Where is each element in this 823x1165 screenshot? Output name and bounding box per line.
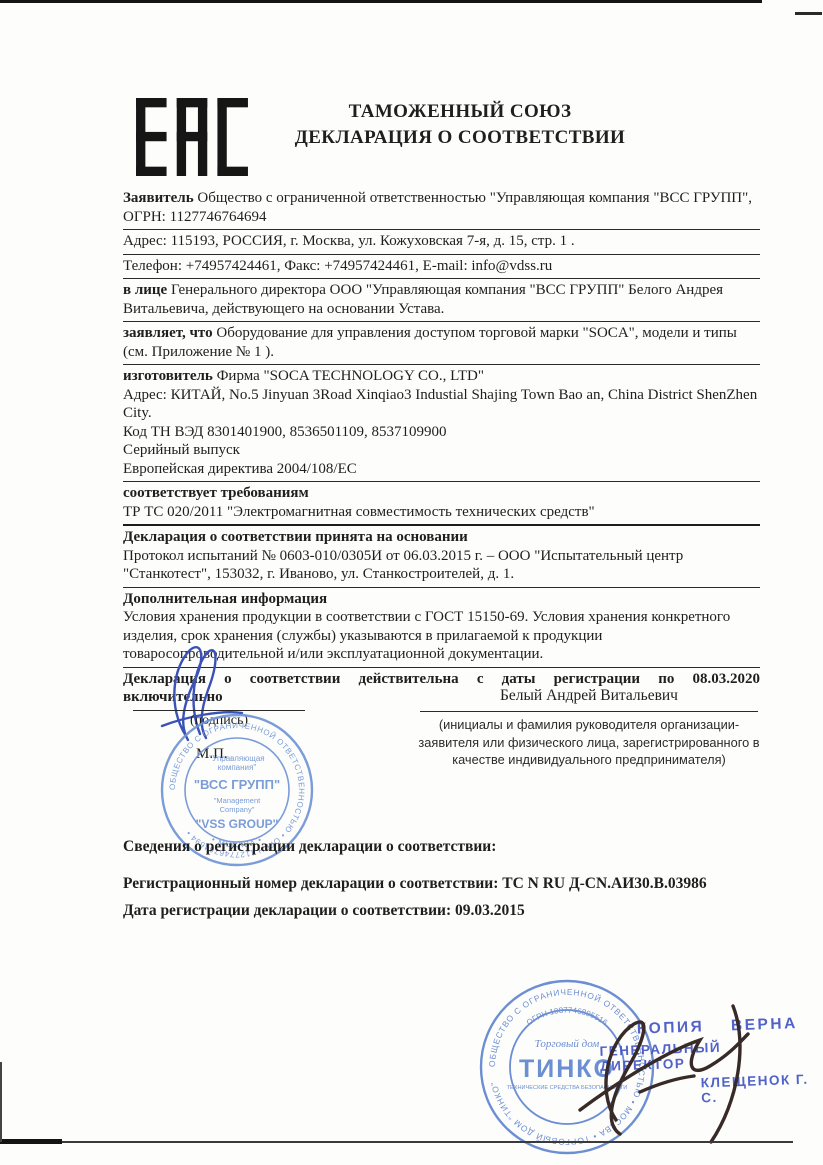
head-name: Белый Андрей Витальевич xyxy=(420,687,758,705)
in-person-label: в лице xyxy=(123,282,167,298)
registration-number-line: Регистрационный номер декларации о соотв… xyxy=(123,875,707,893)
bottom-border-line xyxy=(0,1141,793,1143)
applicant-text: Общество с ограниченной ответственностью… xyxy=(123,190,752,225)
conforms-text: ТР ТС 020/2011 "Электромагнитная совмест… xyxy=(123,503,760,522)
in-person-text: Генерального директора ООО "Управляющая … xyxy=(123,282,723,317)
declares-text: Оборудование для управления доступом тор… xyxy=(123,325,737,360)
top-border-line xyxy=(0,0,762,3)
declaration-fields: Заявитель Общество с ограниченной ответс… xyxy=(123,187,760,710)
left-edge-line xyxy=(0,1062,2,1142)
director-signature xyxy=(548,992,798,1147)
head-caption-line3: качестве индивидуального предпринимателя… xyxy=(398,751,780,769)
field-in-person: в лице Генерального директора ООО "Управ… xyxy=(123,279,760,322)
doc-title-line2: ДЕКЛАРАЦИЯ О СООТВЕТСТВИИ xyxy=(245,125,675,151)
head-name-line xyxy=(420,711,758,712)
manufacturer-text: Фирма "SOCA TECHNOLOGY CO., LTD" xyxy=(217,368,484,384)
field-applicant: Заявитель Общество с ограниченной ответс… xyxy=(123,187,760,230)
registration-info-heading: Сведения о регистрации декларации о соот… xyxy=(123,838,496,856)
additional-label: Дополнительная информация xyxy=(123,590,760,609)
manufacturer-label: изготовитель xyxy=(123,368,213,384)
field-phone: Телефон: +74957424461, Факс: +7495742446… xyxy=(123,255,760,280)
svg-text:"Управляющая: "Управляющая xyxy=(209,754,264,763)
head-caption-line2: заявителя или физического лица, зарегист… xyxy=(398,734,780,752)
basis-label: Декларация о соответствии принята на осн… xyxy=(123,528,760,547)
serial-line: Серийный выпуск xyxy=(123,441,760,460)
basis-text: Протокол испытаний № 0603-010/0305И от 0… xyxy=(123,547,760,584)
manufacturer-address: Адрес: КИТАЙ, No.5 Jinyuan 3Road Xinqiao… xyxy=(123,386,760,423)
svg-text:Company": Company" xyxy=(220,805,255,814)
field-basis: Декларация о соответствии принята на осн… xyxy=(123,526,760,588)
declares-label: заявляет, что xyxy=(123,325,213,341)
doc-title-line1: ТАМОЖЕННЫЙ СОЮЗ xyxy=(245,99,675,125)
conforms-label: соответствует требованиям xyxy=(123,484,760,503)
field-declares: заявляет, что Оборудование для управлени… xyxy=(123,322,760,365)
svg-text:"ВСС ГРУПП": "ВСС ГРУПП" xyxy=(194,777,280,792)
svg-text:"Management: "Management xyxy=(214,796,261,805)
manufacturer-line: изготовитель Фирма "SOCA TECHNOLOGY CO.,… xyxy=(123,367,760,386)
phone-text: Телефон: +74957424461, Факс: +7495742446… xyxy=(123,258,552,274)
eac-logo: EAC xyxy=(136,98,248,176)
head-caption-line1: (инициалы и фамилия руководителя организ… xyxy=(398,716,780,734)
svg-text:"VSS GROUP": "VSS GROUP" xyxy=(196,817,279,831)
bottom-left-thick-line xyxy=(0,1139,62,1144)
document-page: EAC ТАМОЖЕННЫЙ СОЮЗ ДЕКЛАРАЦИЯ О СООТВЕТ… xyxy=(0,0,823,1165)
applicant-label: Заявитель xyxy=(123,190,194,206)
directive-line: Европейская директива 2004/108/ЕС xyxy=(123,460,760,479)
address-text: Адрес: 115193, РОССИЯ, г. Москва, ул. Ко… xyxy=(123,233,575,249)
field-manufacturer: изготовитель Фирма "SOCA TECHNOLOGY CO.,… xyxy=(123,365,760,482)
tnved-line: Код ТН ВЭД 8301401900, 8536501109, 85371… xyxy=(123,423,760,442)
registration-date-line: Дата регистрации декларации о соответств… xyxy=(123,902,525,920)
top-right-dash xyxy=(795,12,822,15)
field-address: Адрес: 115193, РОССИЯ, г. Москва, ул. Ко… xyxy=(123,230,760,255)
doc-title: ТАМОЖЕННЫЙ СОЮЗ ДЕКЛАРАЦИЯ О СООТВЕТСТВИ… xyxy=(245,99,675,151)
field-conforms: соответствует требованиям ТР ТС 020/2011… xyxy=(123,482,760,526)
head-caption: (инициалы и фамилия руководителя организ… xyxy=(398,716,780,769)
svg-text:компания": компания" xyxy=(218,763,257,772)
